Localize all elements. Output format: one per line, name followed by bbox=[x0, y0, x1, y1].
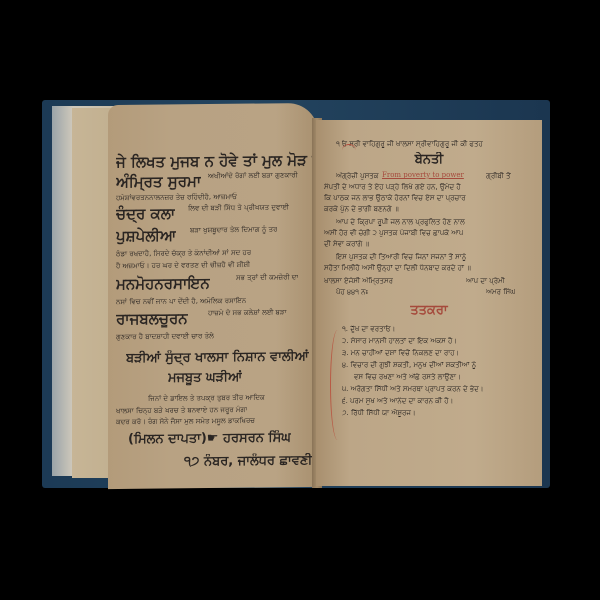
body-line: ਦੀ ਸੇਵਾ ਕਰਾਂਗੇ ॥ bbox=[324, 240, 369, 249]
watch-subheadline: ਮਜਬੂਤ ਘੜੀਆਂ bbox=[168, 370, 242, 386]
contents-item: ੧. ਦੁੱਖ ਦਾ ਵਰਤਾਓ। bbox=[342, 325, 395, 334]
product-desc: ਠੰਡਾ ਰਖਦਾਹੈ, ਸਿਰਦੇ ਚੱਕ੍ਰ ਤੇ ਕੰਨਾਂਦੀਆਂ ਸਾ… bbox=[116, 249, 251, 259]
contents-item: ੬. ਪਰਮ ਸੁਖ ਅਤੇ ਆਨੰਦ ਦਾ ਕਾਰਨ ਕੀ ਹੈ। bbox=[342, 397, 453, 406]
address-line: ੧੭ ਨੰਬਰ, ਜਾਲੰਧਰ ਛਾਵਣੀ bbox=[184, 453, 312, 469]
product-desc: ਹਮੇਸ਼ਾਂਵਰਤਨਨਾਲਨਜ਼ਰ ਤੇਜ਼ ਰਹਿੰਦੀਹੈ, ਆਜ਼ਮਾਓ bbox=[116, 193, 237, 203]
body-line: ਇਸ ਪੁਸਤਕ ਦੀ ਤਿਆਰੀ ਵਿਚ ਜਿਨਾਂ ਸਜਨਾਂ ਤੋਂ ਸਾ… bbox=[336, 253, 466, 262]
body-line: ਗ੍ਰੀਬੀ ਤੋਂ bbox=[486, 172, 511, 181]
signature-closing: ਆਪ ਦਾ ਪ੍ਰੇਮੀ bbox=[466, 277, 505, 286]
product-desc: ਹਾਜ਼ਮੇ ਦੇ ਸਭ ਕਲੇਸ਼ਾਂ ਲਈ ਬੜਾ bbox=[208, 308, 287, 318]
body-line: ਆਪ ਦੇ ਕ੍ਰਿਪਾ ਰੂਪੀ ਜਲ ਨਾਲ ਪ੍ਰਫੁਲਿਤ ਹੋਣ ਨਾ… bbox=[336, 218, 465, 227]
right-page: ੧ ਓ ਸ੍ਰੀ ਵਾਹਿਗੁਰੂ ਜੀ ਖਾਲਸਾ ਸ੍ਰੀਵਾਹਿਗੁਰੂ … bbox=[316, 120, 542, 486]
watch-desc: ਜਿਨਾਂ ਦੇ ਡਾਇਲ ਤੇ ਤਪਕ੍ਰ ਤੁਬਰ ਤੀਰ ਆਦਿਕ bbox=[148, 393, 265, 403]
contents-item: ੩. ਮਨ ਚਾਹੀਆਂ ਦਸ਼ਾਂ ਵਿਚੋਂ ਨਿਕਲਣ ਦਾ ਰਾਹ। bbox=[342, 349, 459, 358]
contents-item: ੫. ਅਰੋਗਤਾ ਸਿੱਧੀ ਅਤੇ ਸਮਰਥਾ ਪ੍ਰਾਪਤ ਕਰਨ ਦੇ … bbox=[342, 385, 483, 394]
contents-item: ੭. ਰਿੱਧੀ ਸਿੱਧੀ ਯਾ ਐਸ਼ੂਰਜ। bbox=[342, 409, 416, 418]
contents-item: ਵਸ ਵਿਚ ਰਖਣਾ ਅਤੇ ਅੱਛੇ ਰਸਤੇ ਲਾਉਣਾ। bbox=[354, 373, 461, 382]
body-line: ਸੰਪਤੀ ਦੇ ਅਧਾਰ ਤੇ ਏਹ ਪੜ੍ਹੇ ਲਿਖੇ ਗਏ ਹਨ, ਉਮ… bbox=[324, 183, 461, 192]
red-ink-bracket bbox=[330, 330, 345, 440]
body-line: ਕਿ ਪਾਠਕ ਜਨ ਲਾਭ ਉਠਾਕੇ ਹੋਰਨਾਂ ਵਿਚ ਏਸ ਦਾ ਪ੍… bbox=[324, 194, 466, 203]
body-line: ਕਰਕੇ ਪੁੰਨ ਦੇ ਭਾਗੀ ਬਣਨਗੇ ॥ bbox=[324, 205, 399, 214]
contents-item: ੨. ਸੰਸਾਰ ਮਾਨਸੀ ਹਾਲਤਾਂ ਦਾ ਇਕ ਅਕਸ ਹੈ। bbox=[342, 337, 457, 346]
signature-date: ਪੋਹ ੪੪੧ ਨਃ bbox=[336, 288, 368, 297]
english-phrase: From poverty to power bbox=[382, 171, 464, 179]
product-desc: ਅਖੀਆਂਦੇ ਰੋਗਾਂ ਲਈ ਬੜਾ ਗੁਣਕਾਰੀ bbox=[208, 171, 298, 181]
product-desc: ਸਭ ਤ੍ਰਾਂ ਦੀ ਕਮਜ਼ੋਰੀ ਦਾ bbox=[236, 273, 298, 283]
body-line: ਅਸੀਂ ਹੋਰ ਵੀ ਚੰਗੀ ੨ ਪੁਸਤਕ ਪੰਜਾਬੀ ਵਿਚ ਛਾਪਕ… bbox=[324, 229, 463, 238]
signature-agency: ਖਾਲਸਾ ਏਜੰਸੀ ਅੰਮ੍ਰਿਤਸਰ bbox=[324, 277, 393, 286]
body-line: ਸਹੈਤਾ ਮਿਲੀਹੈ ਅਸੀਂ ਉਨ੍ਹਾਂ ਦਾ ਦਿਲੀ ਧੰਨਬਾਦ … bbox=[324, 264, 471, 273]
signature-name: ਅਮਰ ਸਿੰਘ bbox=[486, 288, 515, 297]
product-desc: ਨਸਾਂ ਵਿਚ ਨਵੀਂ ਜਾਨ ਪਾ ਦੇਂਦੀ ਹੈ, ਅਮੋਲਿਕ ਰਸ… bbox=[116, 297, 246, 307]
watch-headline: ਬੜੀਆਂ ਸੁੰਦ੍ਰ ਖਾਲਸਾ ਨਿਸ਼ਾਨ ਵਾਲੀਆਂ bbox=[126, 349, 309, 366]
left-page: ਜੇ ਲਿਖਤ ਮੁਜਬ ਨ ਹੋਵੇ ਤਾਂ ਮੁਲ ਮੋੜ ਲੋ ਅੰਮ੍ਰ… bbox=[108, 103, 318, 489]
product-rajbal-churan: ਰਾਜਬਲਚੂਰਨ bbox=[116, 309, 188, 328]
body-line: ਅੰਗ੍ਰੇਜ਼ੀ ਪੁਸਤਕ bbox=[336, 172, 379, 181]
product-desc: ਬੜਾ ਖੁਸ਼ਬੂਦਾਰ ਤੇਲ ਦਿਮਾਗ ਨੂੰ ਤਰ bbox=[190, 225, 277, 235]
product-pushpelia: ਪੁਸ਼ਪੇਲੀਆ bbox=[116, 226, 176, 245]
contents-item: ੪. ਵਿਚਾਰ ਦੀ ਗੁਝੀ ਸ਼ਕਤੀ, ਮਨੁਖ ਦੀਆਂ ਸ਼ਕਤੀਆ… bbox=[342, 361, 476, 370]
product-manmohan-rasain: ਮਨਮੋਹਨਰਸਾਇਨ bbox=[116, 274, 210, 293]
product-chandra-kala: ਚੰਦ੍ਰ ਕਲਾ bbox=[116, 204, 175, 223]
product-desc: ਹੈ ਅਜ਼ਮਾਓ। ਹਰ ਘਰ ਦੇ ਵਰਤਣ ਦੀ ਚੀਜ਼ਹੈ ਵੀ ਸ਼… bbox=[116, 261, 250, 271]
guarantee-line: ਜੇ ਲਿਖਤ ਮੁਜਬ ਨ ਹੋਵੇ ਤਾਂ ਮੁਲ ਮੋੜ ਲੋ bbox=[116, 151, 318, 171]
contact-line: (ਮਿਲਨ ਦਾਪਤਾ)☛ ਹਰਸਰਨ ਸਿੰਘ bbox=[128, 430, 291, 447]
invocation: ੧ ਓ ਸ੍ਰੀ ਵਾਹਿਗੁਰੂ ਜੀ ਖਾਲਸਾ ਸ੍ਰੀਵਾਹਿਗੁਰੂ … bbox=[336, 140, 483, 149]
product-amrit-surma: ਅੰਮ੍ਰਿਤ ਸੁਰਮਾ bbox=[116, 172, 201, 191]
contents-title: ਤਤਕਰਾ bbox=[316, 303, 542, 318]
watch-desc: ਖਾਲਸਾ ਚਿਨ੍ਹ ਬੜੇ ਖਰਚ ਤੇ ਬਨਵਾਏ ਹਨ ਜਰੂਰ ਮੰਗ… bbox=[116, 406, 247, 416]
red-ink-mark bbox=[342, 144, 356, 157]
watch-desc: ਕਦਰ ਕਰੋ। ਰੰਗ ਸੋਨੇ ਜੈਸਾ ਮੁਲ ਸਮੇਤ ਮਸੂਲ ਡਾਕ… bbox=[116, 417, 255, 427]
product-desc: ਲਿਵ ਦੀ ਬੜੀ ਸਿੱਧ ਤੇ ਪ੍ਰੀਖਯਤ ਦੁਵਾਈ bbox=[188, 203, 289, 213]
product-desc: ਗੁਣਕਾਰ ਹੈ ਬਾਦਸ਼ਾਹੀ ਦਵਾਈ ਚਾਰ ਤੋਲੇ bbox=[116, 332, 214, 342]
